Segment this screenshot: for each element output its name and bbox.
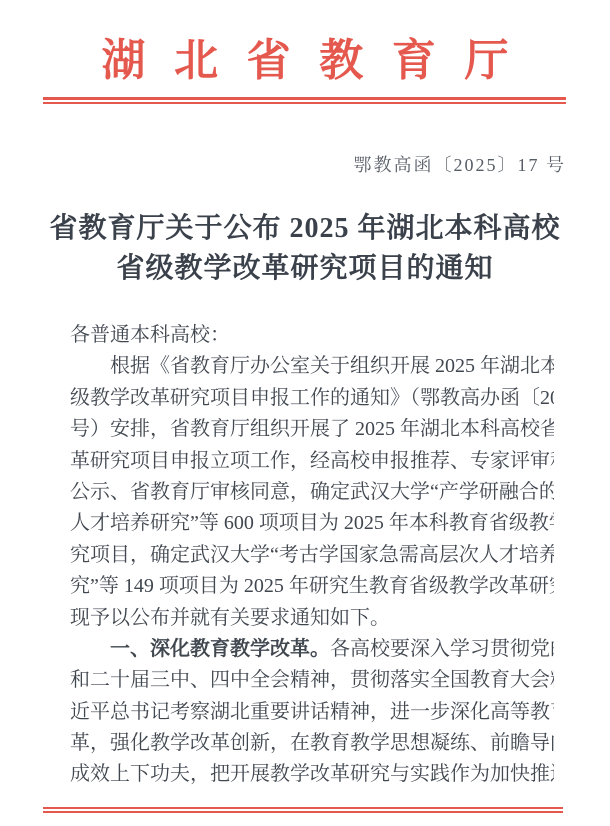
body-line: 各普通本科高校： (70, 320, 554, 351)
body-line: 根据《省教育厅办公室关于组织开展 2025 年湖北本科高校省 (70, 351, 554, 382)
page-bottom-double-rule (43, 807, 563, 813)
document-body: 各普通本科高校： 根据《省教育厅办公室关于组织开展 2025 年湖北本科高校省 … (70, 320, 554, 791)
document-number: 鄂教高函〔2025〕17 号 (354, 154, 567, 176)
body-line: 革研究项目申报立项工作，经高校申报推荐、专家评审和审查、 (70, 446, 554, 477)
body-line: 人才培养研究”等 600 项项目为 2025 年本科教育省级教学改革研 (70, 508, 554, 539)
body-line: 革，强化教学改革创新，在教育教学思想凝练、前瞻导向和改革 (70, 728, 554, 759)
body-line: 究”等 149 项项目为 2025 年研究生教育省级教学改革研究项目， (70, 571, 554, 602)
body-line: 究项目，确定武汉大学“考古学国家急需高层次人才培养探索研 (70, 540, 554, 571)
letterhead-double-rule (43, 97, 566, 104)
rule-line-thin (43, 807, 563, 809)
body-line: 现予以公布并就有关要求通知如下。 (70, 603, 554, 634)
agency-name: 湖北省教育厅 (101, 36, 537, 85)
body-line: 和二十届三中、四中全会精神，贯彻落实全国教育大会精神和习 (70, 665, 554, 696)
agency-letterhead: 湖北省教育厅 (0, 36, 610, 86)
rule-line-thin (43, 102, 566, 104)
body-line: 级教学改革研究项目申报工作的通知》（鄂教高办函〔2025〕11 (70, 383, 554, 414)
body-line: 公示、省教育厅审核同意，确定武汉大学“产学研融合的数智商科 (70, 477, 554, 508)
document-title-line1: 省教育厅关于公布 2025 年湖北本科高校 (0, 209, 610, 249)
body-line: 成效上下功夫，把开展教学改革研究与实践作为加快推进高等教 (70, 759, 554, 790)
body-line: 一、深化教育教学改革。各高校要深入学习贯彻党的二十大 (70, 634, 554, 665)
document-title: 省教育厅关于公布 2025 年湖北本科高校 省级教学改革研究项目的通知 (0, 209, 610, 289)
body-line: 号）安排，省教育厅组织开展了 2025 年湖北本科高校省级教学改 (70, 414, 554, 445)
rule-line-thick (43, 97, 566, 100)
rule-line-thick (43, 811, 563, 813)
document-title-line2: 省级教学改革研究项目的通知 (0, 249, 610, 289)
document-page: 湖北省教育厅 鄂教高函〔2025〕17 号 省教育厅关于公布 2025 年湖北本… (0, 0, 610, 826)
body-line: 近平总书记考察湖北重要讲话精神，进一步深化高等教育综合改 (70, 697, 554, 728)
